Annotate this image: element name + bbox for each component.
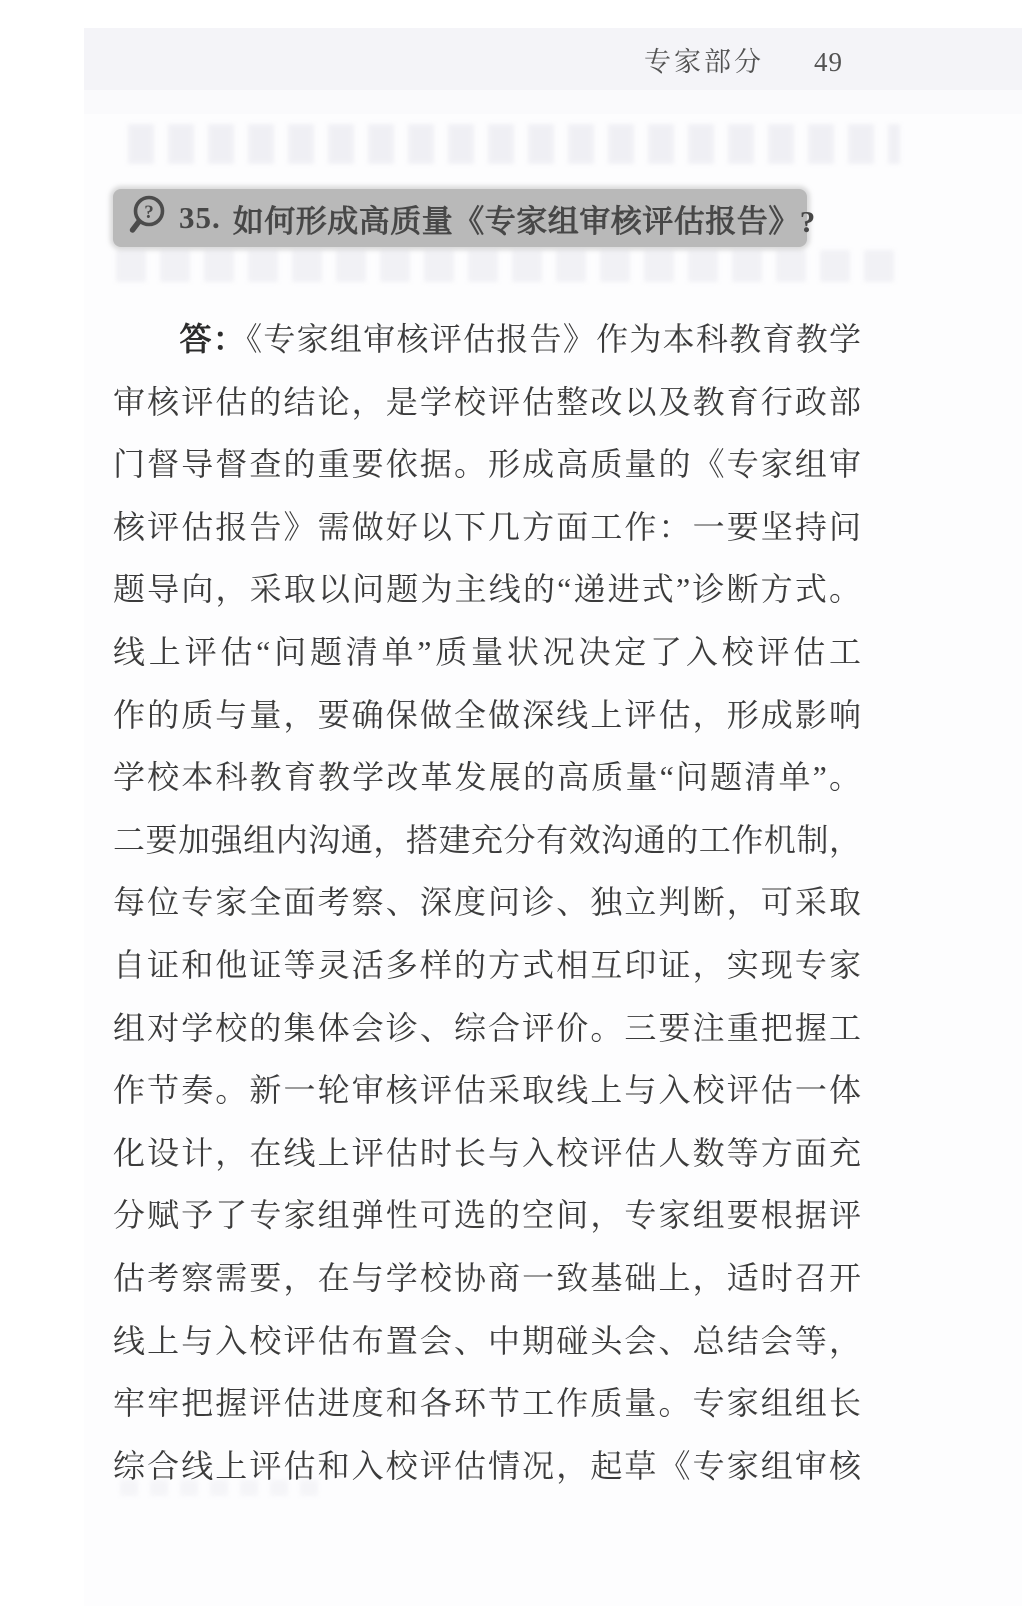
answer-line: 门督导督查的重要依据。形成高质量的《专家组审 bbox=[113, 433, 861, 496]
answer-line: 牢牢把握评估进度和各环节工作质量。专家组组长 bbox=[113, 1372, 861, 1435]
answer-line: 答：《专家组审核评估报告》作为本科教育教学 bbox=[113, 308, 861, 371]
answer-line: 估考察需要，在与学校协商一致基础上，适时召开 bbox=[113, 1247, 861, 1310]
answer-line: 二要加强组内沟通，搭建充分有效沟通的工作机制， bbox=[113, 809, 861, 872]
answer-line: 线上评估“问题清单”质量状况决定了入校评估工 bbox=[113, 621, 861, 684]
answer-line: 分赋予了专家组弹性可选的空间，专家组要根据评 bbox=[113, 1184, 861, 1247]
section-title: 专家部分 bbox=[644, 40, 764, 79]
answer-line: 自证和他证等灵活多样的方式相互印证，实现专家 bbox=[113, 934, 861, 997]
scan-artifact-bleedthrough bbox=[128, 124, 900, 164]
scan-artifact-top-band-2 bbox=[84, 90, 1022, 114]
page-number: 49 bbox=[814, 47, 843, 78]
question-heading-bar: ? 35. 如何形成高质量《专家组审核评估报告》? bbox=[113, 189, 807, 247]
answer-line: 综合线上评估和入校评估情况，起草《专家组审核 bbox=[113, 1435, 861, 1498]
magnifier-question-icon: ? bbox=[125, 192, 171, 246]
scan-artifact-top-band bbox=[84, 28, 1022, 90]
answer-line: 题导向，采取以问题为主线的“递进式”诊断方式。 bbox=[113, 558, 861, 621]
answer-line: 作的质与量，要确保做全做深线上评估，形成影响 bbox=[113, 684, 861, 747]
answer-line: 核评估报告》需做好以下几方面工作：一要坚持问 bbox=[113, 496, 861, 559]
running-header: 专家部分 49 bbox=[644, 40, 843, 79]
answer-line: 审核评估的结论，是学校评估整改以及教育行政部 bbox=[113, 371, 861, 434]
answer-line: 组对学校的集体会诊、综合评价。三要注重把握工 bbox=[113, 997, 861, 1060]
scan-artifact-bleedthrough bbox=[116, 250, 904, 282]
answer-line: 化设计，在线上评估时长与入校评估人数等方面充 bbox=[113, 1122, 861, 1185]
question-title: 如何形成高质量《专家组审核评估报告》? bbox=[233, 196, 816, 241]
answer-line: 学校本科教育教学改革发展的高质量“问题清单”。 bbox=[113, 746, 861, 809]
answer-line: 作节奏。新一轮审核评估采取线上与入校评估一体 bbox=[113, 1059, 861, 1122]
question-number: 35. bbox=[179, 200, 221, 236]
answer-paragraph: 答：《专家组审核评估报告》作为本科教育教学审核评估的结论，是学校评估整改以及教育… bbox=[113, 308, 861, 1497]
svg-text:?: ? bbox=[144, 202, 154, 223]
answer-line: 每位专家全面考察、深度问诊、独立判断，可采取 bbox=[113, 871, 861, 934]
answer-line: 线上与入校评估布置会、中期碰头会、总结会等， bbox=[113, 1310, 861, 1373]
